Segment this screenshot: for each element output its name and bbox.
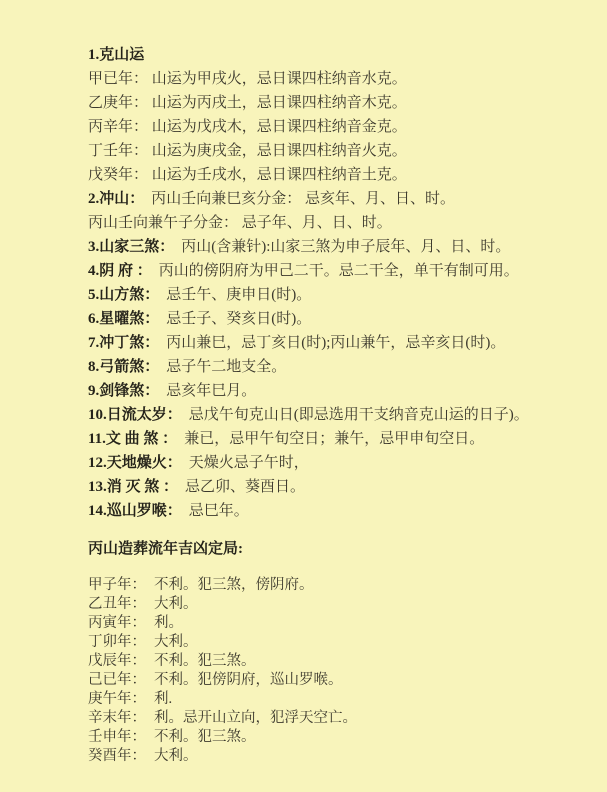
liunian-row: 己已年：不利。犯傍阴府，巡山罗喉。 xyxy=(88,671,571,690)
section-keshanyun: 1.克山运 甲已年： 山运为甲戌火，忌日课四柱纳音水克。 乙庚年： 山运为丙戌土… xyxy=(88,43,571,523)
section-keshanyun-heading: 1.克山运 xyxy=(88,43,571,67)
numbered-item: 8.弓箭煞：忌子午二地支全。 xyxy=(88,355,571,379)
item-text: 忌壬子、癸亥日(时)。 xyxy=(166,311,311,327)
item-text: 忌戊午旬克山日(即忌选用干支纳音克山运的日子)。 xyxy=(189,407,529,423)
year-label: 己已年： xyxy=(88,672,146,688)
liunian-row: 丁卯年：大利。 xyxy=(88,633,571,652)
liunian-row: 乙丑年：大利。 xyxy=(88,595,571,614)
document-page: 1.克山运 甲已年： 山运为甲戌火，忌日课四柱纳音水克。 乙庚年： 山运为丙戌土… xyxy=(0,0,607,766)
year-verdict: 不利。犯三煞。 xyxy=(154,653,256,669)
year-label: 庚午年： xyxy=(88,691,146,707)
item-text: 忌乙卯、葵酉日。 xyxy=(185,479,305,495)
numbered-item: 10.日流太岁：忌戊午旬克山日(即忌选用干支纳音克山运的日子)。 xyxy=(88,403,571,427)
numbered-item: 12.天地燥火：天燥火忌子午时， xyxy=(88,451,571,475)
year-verdict: 大利。 xyxy=(154,748,198,764)
year-label: 乙丑年： xyxy=(88,596,146,612)
item-label: 3.山家三煞： xyxy=(88,239,174,255)
item-text: 丙山壬向兼午子分金： 忌子年、月、日、时。 xyxy=(88,215,392,231)
item-label: 9.剑锋煞： xyxy=(88,383,159,399)
year-label: 丙寅年： xyxy=(88,615,146,631)
year-label: 甲子年： xyxy=(88,577,146,593)
keshanyun-line: 乙庚年： 山运为丙戌土，忌日课四柱纳音木克。 xyxy=(88,91,571,115)
numbered-item: 14.巡山罗喉：忌巳年。 xyxy=(88,499,571,523)
year-verdict: 利。 xyxy=(154,615,183,631)
keshanyun-line: 甲已年： 山运为甲戌火，忌日课四柱纳音水克。 xyxy=(88,67,571,91)
numbered-item: 13.消 灭 煞 ：忌乙卯、葵酉日。 xyxy=(88,475,571,499)
year-verdict: 大利。 xyxy=(154,596,198,612)
numbered-item-continuation: 丙山壬向兼午子分金： 忌子年、月、日、时。 xyxy=(88,211,571,235)
item-label: 8.弓箭煞： xyxy=(88,359,159,375)
keshanyun-line: 丁壬年： 山运为庚戌金，忌日课四柱纳音火克。 xyxy=(88,139,571,163)
year-verdict: 大利。 xyxy=(154,634,198,650)
liunian-row: 壬申年：不利。犯三煞。 xyxy=(88,728,571,747)
item-label: 11.文 曲 煞 ： xyxy=(88,431,177,447)
item-text: 忌子午二地支全。 xyxy=(166,359,286,375)
liunian-row: 庚午年：利. xyxy=(88,690,571,709)
keshanyun-line: 丙辛年： 山运为戊戌木，忌日课四柱纳音金克。 xyxy=(88,115,571,139)
year-label: 丁卯年： xyxy=(88,634,146,650)
item-text: 兼已，忌甲午旬空日；兼午，忌甲申旬空日。 xyxy=(184,431,484,447)
item-text: 丙山兼巳，忌丁亥日(时);丙山兼午，忌辛亥日(时)。 xyxy=(166,335,505,351)
liunian-row: 戊辰年：不利。犯三煞。 xyxy=(88,652,571,671)
item-label: 5.山方煞： xyxy=(88,287,159,303)
item-text: 忌壬午、庚申日(时)。 xyxy=(166,287,311,303)
liunian-row: 丙寅年：利。 xyxy=(88,614,571,633)
item-text: 忌巳年。 xyxy=(189,503,249,519)
item-label: 10.日流太岁： xyxy=(88,407,182,423)
numbered-item: 6.星曜煞：忌壬子、癸亥日(时)。 xyxy=(88,307,571,331)
year-verdict: 不利。犯三煞，傍阴府。 xyxy=(154,577,314,593)
liunian-row: 癸酉年：大利。 xyxy=(88,747,571,766)
item-label: 12.天地燥火： xyxy=(88,455,182,471)
item-label: 7.冲丁煞： xyxy=(88,335,159,351)
item-label: 4.阴 府 ： xyxy=(88,263,152,279)
numbered-item: 2.冲山：丙山壬向兼巳亥分金： 忌亥年、月、日、时。 xyxy=(88,187,571,211)
item-label: 6.星曜煞： xyxy=(88,311,159,327)
numbered-item: 4.阴 府 ：丙山的傍阴府为甲己二干。忌二干全，单干有制可用。 xyxy=(88,259,571,283)
year-label: 辛末年： xyxy=(88,710,146,726)
section-liunian-heading: 丙山造葬流年吉凶定局: xyxy=(88,537,571,561)
item-label: 14.巡山罗喉： xyxy=(88,503,182,519)
item-text: 丙山(含兼针):山家三煞为申子辰年、月、日、时。 xyxy=(181,239,510,255)
keshanyun-line: 戊癸年： 山运为壬戌水，忌日课四柱纳音土克。 xyxy=(88,163,571,187)
item-text: 丙山壬向兼巳亥分金： 忌亥年、月、日、时。 xyxy=(151,191,455,207)
year-label: 壬申年： xyxy=(88,729,146,745)
item-text: 天燥火忌子午时， xyxy=(189,455,309,471)
numbered-item: 11.文 曲 煞 ：兼已，忌甲午旬空日；兼午，忌甲申旬空日。 xyxy=(88,427,571,451)
numbered-item: 5.山方煞：忌壬午、庚申日(时)。 xyxy=(88,283,571,307)
liunian-row: 甲子年：不利。犯三煞，傍阴府。 xyxy=(88,576,571,595)
year-verdict: 不利。犯三煞。 xyxy=(154,729,256,745)
item-text: 丙山的傍阴府为甲己二干。忌二干全，单干有制可用。 xyxy=(159,263,519,279)
year-label: 戊辰年： xyxy=(88,653,146,669)
year-verdict: 不利。犯傍阴府，巡山罗喉。 xyxy=(154,672,343,688)
numbered-item: 3.山家三煞：丙山(含兼针):山家三煞为申子辰年、月、日、时。 xyxy=(88,235,571,259)
liunian-row: 辛末年：利。忌开山立向，犯浮天空亡。 xyxy=(88,709,571,728)
item-label: 2.冲山： xyxy=(88,191,144,207)
year-verdict: 利。忌开山立向，犯浮天空亡。 xyxy=(154,710,357,726)
numbered-item: 9.剑锋煞：忌亥年巳月。 xyxy=(88,379,571,403)
item-label: 13.消 灭 煞 ： xyxy=(88,479,178,495)
year-label: 癸酉年： xyxy=(88,748,146,764)
section-liunian: 甲子年：不利。犯三煞，傍阴府。 乙丑年：大利。 丙寅年：利。 丁卯年：大利。 戊… xyxy=(88,576,571,766)
numbered-item: 7.冲丁煞：丙山兼巳，忌丁亥日(时);丙山兼午，忌辛亥日(时)。 xyxy=(88,331,571,355)
item-text: 忌亥年巳月。 xyxy=(166,383,256,399)
year-verdict: 利. xyxy=(154,691,172,707)
